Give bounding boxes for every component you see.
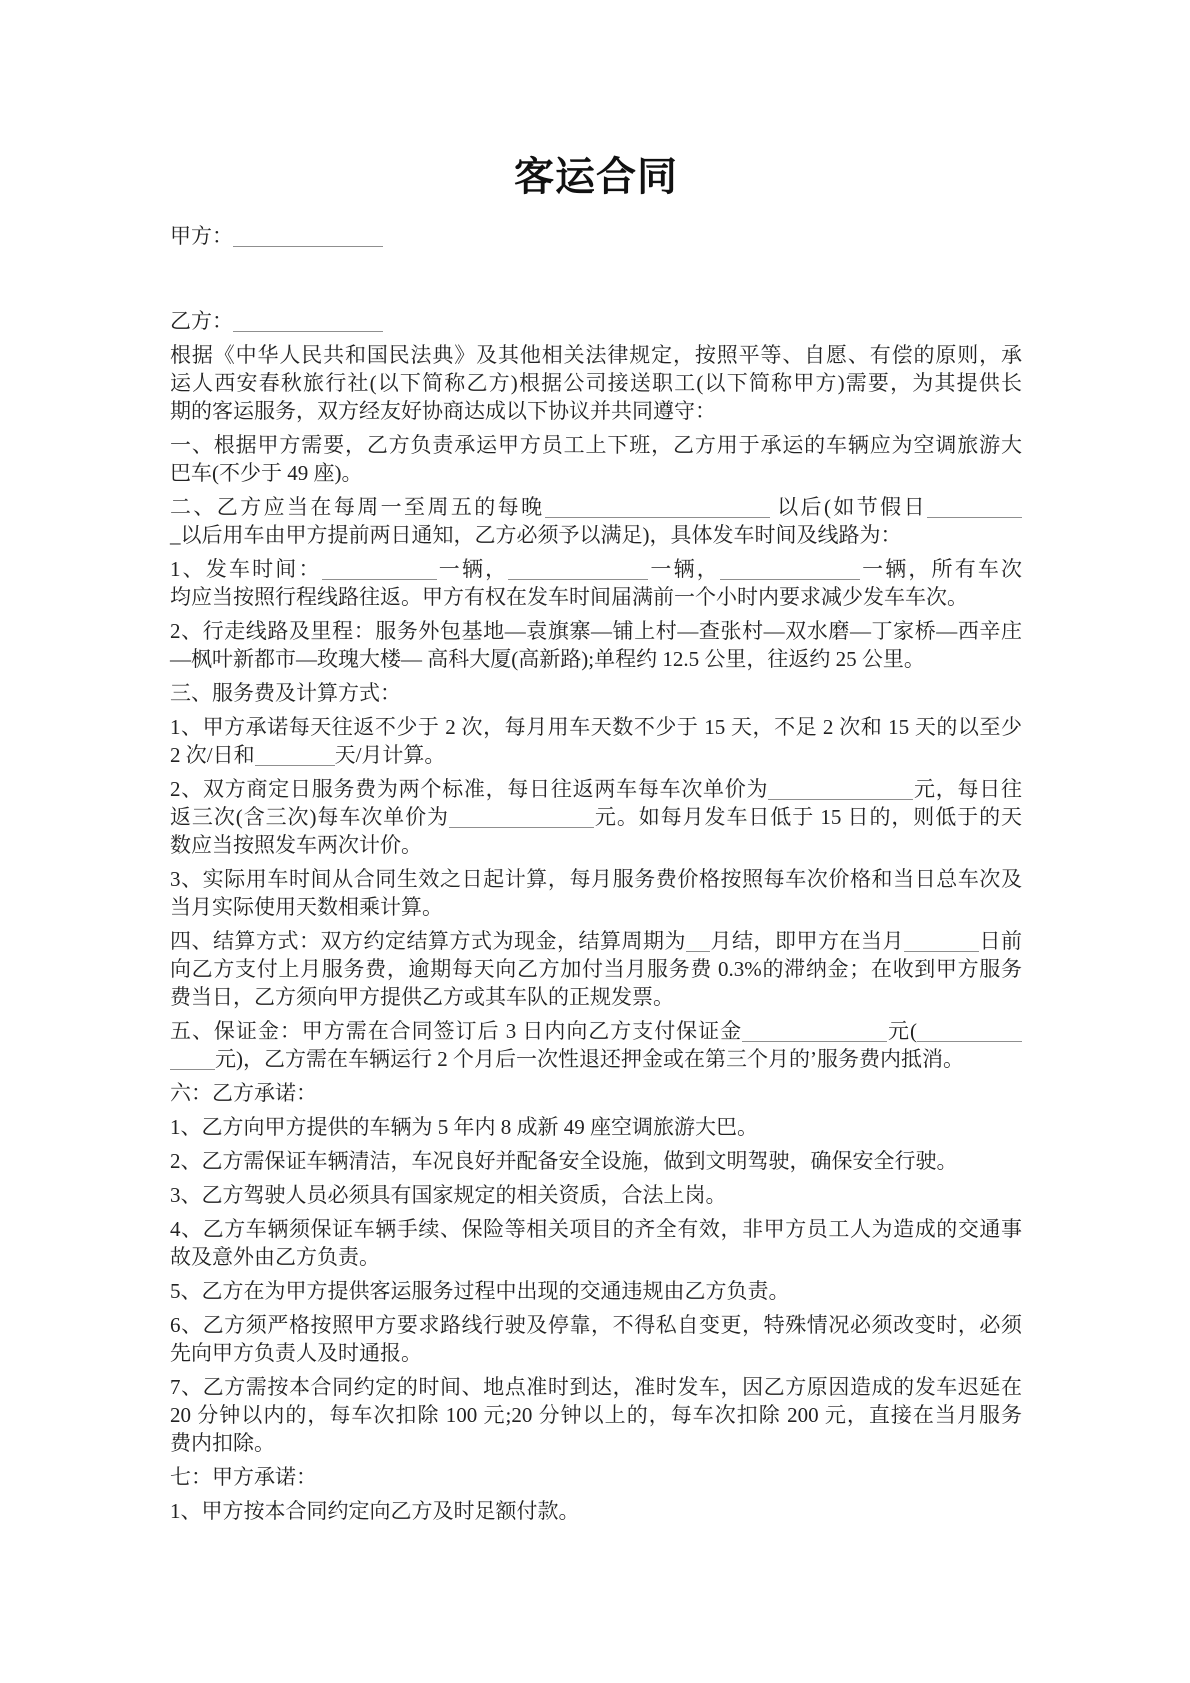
clause-6-6: 6、乙方须严格按照甲方要求路线行驶及停靠，不得私自变更，特殊情况必须改变时，必须… (170, 1311, 1022, 1367)
clause-2-1: 1、发车时间：一辆，一辆，一辆，所有车次均应当按照行程线路往返。甲方有权在发车时… (170, 555, 1022, 611)
text-run: 4、乙方车辆须保证车辆手续、保险等相关项目的齐全有效，非甲方员工人为造成的交通事 (170, 1217, 1022, 1241)
text-line: 6、乙方须严格按照甲方要求路线行驶及停靠，不得私自变更，特殊情况必须改变时，必须 (170, 1311, 1022, 1339)
text-run: 期的客运服务，双方经友好协商达成以下协议并共同遵守： (170, 399, 716, 423)
text-line: 4、乙方车辆须保证车辆手续、保险等相关项目的齐全有效，非甲方员工人为造成的交通事 (170, 1215, 1022, 1243)
text-run: 向乙方支付上月服务费，逾期每天向乙方加付当月服务费 0.3%的滞纳金；在收到甲方… (170, 957, 1022, 981)
text-line: 一、根据甲方需要，乙方负责承运甲方员工上下班，乙方用于承运的车辆应为空调旅游大 (170, 431, 1022, 459)
text-line: 20 分钟以内的，每车次扣除 100 元;20 分钟以上的，每车次扣除 200 … (170, 1401, 1022, 1429)
text-run: 元)，乙方需在车辆运行 2 个月后一次性退还押金或在第三个月的’服务费内抵消。 (215, 1047, 964, 1071)
text-run: 元，每日往 (913, 777, 1022, 801)
text-run: _以后用车由甲方提前两日通知，乙方必须予以满足)，具体发车时间及线路为： (170, 523, 902, 547)
text-run: 元。如每月发车日低于 15 日的，则低于的天 (594, 805, 1022, 829)
text-run: 一、根据甲方需要，乙方负责承运甲方员工上下班，乙方用于承运的车辆应为空调旅游大 (170, 433, 1022, 457)
text-run: 5、乙方在为甲方提供客运服务过程中出现的交通违规由乙方负责。 (170, 1279, 790, 1303)
clause-6-heading: 六：乙方承诺： (170, 1079, 1022, 1107)
text-run: 一辆，所有车次 (860, 557, 1022, 581)
clause-6-4: 4、乙方车辆须保证车辆手续、保险等相关项目的齐全有效，非甲方员工人为造成的交通事… (170, 1215, 1022, 1271)
clause-6-3: 3、乙方驾驶人员必须具有国家规定的相关资质，合法上岗。 (170, 1181, 1022, 1209)
text-line: 1、甲方按本合同约定向乙方及时足额付款。 (170, 1497, 1022, 1525)
text-run: 返三次(含三次)每车次单价为 (170, 805, 449, 829)
text-line: 2、行走线路及里程：服务外包基地—袁旗寨—铺上村—查张村—双水磨—丁家桥—西辛庄 (170, 617, 1022, 645)
text-run: 以后(如节假日 (770, 495, 928, 519)
text-run: 乙方： (170, 309, 233, 333)
clause-7-1: 1、甲方按本合同约定向乙方及时足额付款。 (170, 1497, 1022, 1525)
blank-field (508, 565, 648, 580)
preamble: 根据《中华人民共和国民法典》及其他相关法律规定，按照平等、自愿、有偿的原则，承运… (170, 341, 1022, 425)
text-run: 6、乙方须严格按照甲方要求路线行驶及停靠，不得私自变更，特殊情况必须改变时，必须 (170, 1313, 1022, 1337)
clause-6-7: 7、乙方需按本合同约定的时间、地点准时到达，准时发车，因乙方原因造成的发车迟延在… (170, 1373, 1022, 1457)
text-line: 当月实际使用天数相乘计算。 (170, 893, 1022, 921)
text-line: 均应当按照行程线路往返。甲方有权在发车时间届满前一个小时内要求减少发车车次。 (170, 583, 1022, 611)
clause-3-heading: 三、服务费及计算方式： (170, 679, 1022, 707)
text-run: 1、发车时间： (170, 557, 322, 581)
text-run: 均应当按照行程线路往返。甲方有权在发车时间届满前一个小时内要求减少发车车次。 (170, 585, 968, 609)
text-run: 二、乙方应当在每周一至周五的每晚 (170, 495, 545, 519)
text-run: 一辆， (648, 557, 720, 581)
clause-6-1: 1、乙方向甲方提供的车辆为 5 年内 8 成新 49 座空调旅游大巴。 (170, 1113, 1022, 1141)
clause-3-1: 1、甲方承诺每天往返不少于 2 次，每月用车天数不少于 15 天，不足 2 次和… (170, 713, 1022, 769)
text-run: 1、甲方承诺每天往返不少于 2 次，每月用车天数不少于 15 天，不足 2 次和… (170, 715, 1022, 739)
clause-3-2: 2、双方商定日服务费为两个标准，每日往返两车每车次单价为元，每日往返三次(含三次… (170, 775, 1022, 859)
text-line: 运人西安春秋旅行社(以下简称乙方)根据公司接送职工(以下简称甲方)需要，为其提供… (170, 369, 1022, 397)
text-run: 1、乙方向甲方提供的车辆为 5 年内 8 成新 49 座空调旅游大巴。 (170, 1115, 758, 1139)
text-line: 六：乙方承诺： (170, 1079, 1022, 1107)
text-line: 费当日，乙方须向甲方提供乙方或其车队的正规发票。 (170, 983, 1022, 1011)
text-line: 向乙方支付上月服务费，逾期每天向乙方加付当月服务费 0.3%的滞纳金；在收到甲方… (170, 955, 1022, 983)
text-run: 费内扣除。 (170, 1431, 275, 1455)
clause-6-5: 5、乙方在为甲方提供客运服务过程中出现的交通违规由乙方负责。 (170, 1277, 1022, 1305)
document-title: 客运合同 (170, 148, 1022, 206)
blank-field (255, 751, 335, 766)
text-run: 当月实际使用天数相乘计算。 (170, 895, 443, 919)
text-line: 费内扣除。 (170, 1429, 1022, 1457)
clause-4: 四、结算方式：双方约定结算方式为现金，结算周期为月结，即甲方在当月日前向乙方支付… (170, 927, 1022, 1011)
text-line: 7、乙方需按本合同约定的时间、地点准时到达，准时发车，因乙方原因造成的发车迟延在 (170, 1373, 1022, 1401)
text-run: 1、甲方按本合同约定向乙方及时足额付款。 (170, 1499, 580, 1523)
contract-page: 客运合同 甲方：乙方：根据《中华人民共和国民法典》及其他相关法律规定，按照平等、… (0, 0, 1190, 1683)
blank-field (917, 1027, 1022, 1042)
text-line: 二、乙方应当在每周一至周五的每晚 以后(如节假日 (170, 493, 1022, 521)
text-line: _以后用车由甲方提前两日通知，乙方必须予以满足)，具体发车时间及线路为： (170, 521, 1022, 549)
text-run: 先向甲方负责人及时通报。 (170, 1341, 422, 1365)
clause-1: 一、根据甲方需要，乙方负责承运甲方员工上下班，乙方用于承运的车辆应为空调旅游大巴… (170, 431, 1022, 487)
party-a-line: 甲方： (170, 222, 1022, 250)
blank-field (686, 937, 710, 952)
text-line: 期的客运服务，双方经友好协商达成以下协议并共同遵守： (170, 397, 1022, 425)
blank-field (170, 1055, 215, 1070)
text-line: 甲方： (170, 222, 1022, 250)
text-line: 2、乙方需保证车辆清洁，车况良好并配备安全设施，做到文明驾驶，确保安全行驶。 (170, 1147, 1022, 1175)
text-run: 月结，即甲方在当月 (710, 929, 904, 953)
text-line: 1、发车时间：一辆，一辆，一辆，所有车次 (170, 555, 1022, 583)
party-b-line: 乙方： (170, 307, 1022, 335)
blank-field (233, 317, 383, 332)
text-line: 5、乙方在为甲方提供客运服务过程中出现的交通违规由乙方负责。 (170, 1277, 1022, 1305)
text-run: 运人西安春秋旅行社(以下简称乙方)根据公司接送职工(以下简称甲方)需要，为其提供… (170, 371, 1022, 395)
clause-2: 二、乙方应当在每周一至周五的每晚 以后(如节假日_以后用车由甲方提前两日通知，乙… (170, 493, 1022, 549)
blank-field (904, 937, 979, 952)
text-line: 根据《中华人民共和国民法典》及其他相关法律规定，按照平等、自愿、有偿的原则，承 (170, 341, 1022, 369)
text-line: 巴车(不少于 49 座)。 (170, 459, 1022, 487)
blank-field (233, 232, 383, 247)
blank-field (449, 813, 594, 828)
clause-7-heading: 七：甲方承诺： (170, 1463, 1022, 1491)
text-run: 日前 (979, 929, 1022, 953)
text-run: —枫叶新都市—玫瑰大楼— 高科大厦(高新路);单程约 12.5 公里，往返约 2… (170, 647, 925, 671)
text-run: 天/月计算。 (335, 743, 446, 767)
blank-field (927, 503, 1022, 518)
text-run: 3、实际用车时间从合同生效之日起计算，每月服务费价格按照每车次价格和当日总车次及 (170, 867, 1022, 891)
text-run: 2、双方商定日服务费为两个标准，每日往返两车每车次单价为 (170, 777, 768, 801)
text-run: 四、结算方式：双方约定结算方式为现金，结算周期为 (170, 929, 686, 953)
text-run: 七：甲方承诺： (170, 1465, 317, 1489)
text-line: 2、双方商定日服务费为两个标准，每日往返两车每车次单价为元，每日往 (170, 775, 1022, 803)
text-line: 三、服务费及计算方式： (170, 679, 1022, 707)
blank-field (742, 1027, 887, 1042)
text-line: 四、结算方式：双方约定结算方式为现金，结算周期为月结，即甲方在当月日前 (170, 927, 1022, 955)
text-run: 费当日，乙方须向甲方提供乙方或其车队的正规发票。 (170, 985, 674, 1009)
text-run: 巴车(不少于 49 座)。 (170, 461, 363, 485)
text-line: 3、实际用车时间从合同生效之日起计算，每月服务费价格按照每车次价格和当日总车次及 (170, 865, 1022, 893)
text-run: 一辆， (437, 557, 509, 581)
clause-3-3: 3、实际用车时间从合同生效之日起计算，每月服务费价格按照每车次价格和当日总车次及… (170, 865, 1022, 921)
text-line: 1、甲方承诺每天往返不少于 2 次，每月用车天数不少于 15 天，不足 2 次和… (170, 713, 1022, 741)
text-line: 1、乙方向甲方提供的车辆为 5 年内 8 成新 49 座空调旅游大巴。 (170, 1113, 1022, 1141)
text-run: 根据《中华人民共和国民法典》及其他相关法律规定，按照平等、自愿、有偿的原则，承 (170, 343, 1022, 367)
text-line: 2 次/日和天/月计算。 (170, 741, 1022, 769)
blank-field (720, 565, 860, 580)
text-run: 3、乙方驾驶人员必须具有国家规定的相关资质，合法上岗。 (170, 1183, 727, 1207)
text-run: 20 分钟以内的，每车次扣除 100 元;20 分钟以上的，每车次扣除 200 … (170, 1403, 1022, 1427)
blank-field (322, 565, 437, 580)
text-run: 故及意外由乙方负责。 (170, 1245, 380, 1269)
text-line: 元)，乙方需在车辆运行 2 个月后一次性退还押金或在第三个月的’服务费内抵消。 (170, 1045, 1022, 1073)
text-line: 先向甲方负责人及时通报。 (170, 1339, 1022, 1367)
text-line: 五、保证金：甲方需在合同签订后 3 日内向乙方支付保证金元( (170, 1017, 1022, 1045)
text-run: 五、保证金：甲方需在合同签订后 3 日内向乙方支付保证金 (170, 1019, 742, 1043)
text-line: 数应当按照发车两次计价。 (170, 831, 1022, 859)
text-run: 2、乙方需保证车辆清洁，车况良好并配备安全设施，做到文明驾驶，确保安全行驶。 (170, 1149, 958, 1173)
text-line: 故及意外由乙方负责。 (170, 1243, 1022, 1271)
text-run: 数应当按照发车两次计价。 (170, 833, 422, 857)
text-line: 七：甲方承诺： (170, 1463, 1022, 1491)
text-run: 7、乙方需按本合同约定的时间、地点准时到达，准时发车，因乙方原因造成的发车迟延在 (170, 1375, 1022, 1399)
text-line: 3、乙方驾驶人员必须具有国家规定的相关资质，合法上岗。 (170, 1181, 1022, 1209)
document-body: 甲方：乙方：根据《中华人民共和国民法典》及其他相关法律规定，按照平等、自愿、有偿… (170, 222, 1022, 1525)
text-run: 2、行走线路及里程：服务外包基地—袁旗寨—铺上村—查张村—双水磨—丁家桥—西辛庄 (170, 619, 1022, 643)
text-line: —枫叶新都市—玫瑰大楼— 高科大厦(高新路);单程约 12.5 公里，往返约 2… (170, 645, 1022, 673)
text-line: 返三次(含三次)每车次单价为元。如每月发车日低于 15 日的，则低于的天 (170, 803, 1022, 831)
text-line: 乙方： (170, 307, 1022, 335)
text-run: 2 次/日和 (170, 743, 255, 767)
text-run: 甲方： (170, 224, 233, 248)
text-run: 元( (887, 1019, 917, 1043)
blank-field (768, 785, 913, 800)
text-run: 六：乙方承诺： (170, 1081, 317, 1105)
clause-6-2: 2、乙方需保证车辆清洁，车况良好并配备安全设施，做到文明驾驶，确保安全行驶。 (170, 1147, 1022, 1175)
clause-5: 五、保证金：甲方需在合同签订后 3 日内向乙方支付保证金元(元)，乙方需在车辆运… (170, 1017, 1022, 1073)
blank-field (545, 503, 770, 518)
text-run: 三、服务费及计算方式： (170, 681, 401, 705)
clause-2-2: 2、行走线路及里程：服务外包基地—袁旗寨—铺上村—查张村—双水磨—丁家桥—西辛庄… (170, 617, 1022, 673)
